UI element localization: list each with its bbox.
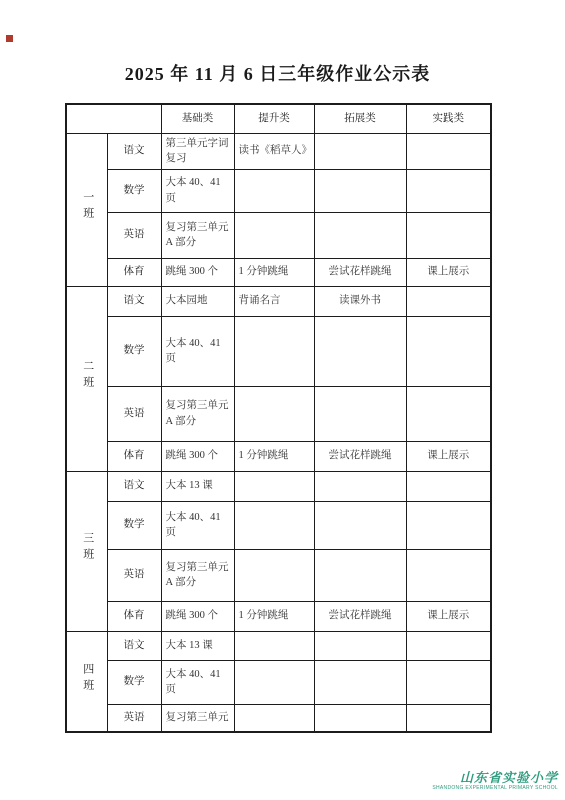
homework-cell <box>234 501 314 549</box>
homework-cell <box>234 386 314 441</box>
class-cell-2: 二班 <box>66 286 107 471</box>
homework-cell: 1 分钟跳绳 <box>234 258 314 286</box>
homework-cell <box>314 212 406 258</box>
column-header-basic: 基础类 <box>161 104 234 133</box>
homework-cell <box>234 631 314 660</box>
class-label: 三班 <box>79 532 95 564</box>
table-row: 英语 复习第三单元 <box>66 704 491 732</box>
homework-cell <box>314 471 406 501</box>
homework-cell <box>406 212 491 258</box>
table-row: 数学 大本 40、41 页 <box>66 169 491 212</box>
table-row: 一班 语文 第三单元字词复习 读书《稻草人》 <box>66 133 491 169</box>
class-cell-4: 四班 <box>66 631 107 732</box>
homework-cell <box>314 169 406 212</box>
subject-label: 语文 <box>107 631 161 660</box>
homework-cell: 跳绳 300 个 <box>161 258 234 286</box>
subject-label: 英语 <box>107 386 161 441</box>
class-label: 一班 <box>79 191 95 223</box>
homework-cell <box>234 549 314 601</box>
school-name-en: SHANDONG EXPERIMENTAL PRIMARY SCHOOL <box>432 786 558 792</box>
table-row: 四班 语文 大本 13 课 <box>66 631 491 660</box>
subject-label: 体育 <box>107 441 161 471</box>
homework-cell: 复习第三单元 A 部分 <box>161 386 234 441</box>
homework-cell <box>234 169 314 212</box>
homework-cell: 复习第三单元 <box>161 704 234 732</box>
homework-cell: 课上展示 <box>406 601 491 631</box>
table-row: 数学 大本 40、41 页 <box>66 316 491 386</box>
table-row: 体育 跳绳 300 个 1 分钟跳绳 尝试花样跳绳 课上展示 <box>66 258 491 286</box>
subject-label: 体育 <box>107 601 161 631</box>
subject-label: 数学 <box>107 660 161 704</box>
homework-cell <box>406 316 491 386</box>
homework-cell: 尝试花样跳绳 <box>314 441 406 471</box>
homework-cell <box>314 133 406 169</box>
table-row: 三班 语文 大本 13 课 <box>66 471 491 501</box>
homework-cell: 尝试花样跳绳 <box>314 601 406 631</box>
homework-cell: 大本 40、41 页 <box>161 169 234 212</box>
homework-cell <box>406 501 491 549</box>
table-row: 数学 大本 40、41 页 <box>66 501 491 549</box>
subject-label: 体育 <box>107 258 161 286</box>
homework-cell: 1 分钟跳绳 <box>234 601 314 631</box>
homework-cell <box>234 316 314 386</box>
homework-cell <box>314 549 406 601</box>
subject-label: 英语 <box>107 704 161 732</box>
homework-cell <box>234 704 314 732</box>
class-label: 四班 <box>79 663 95 695</box>
table-row: 体育 跳绳 300 个 1 分钟跳绳 尝试花样跳绳 课上展示 <box>66 601 491 631</box>
homework-cell <box>314 631 406 660</box>
homework-cell <box>406 660 491 704</box>
homework-cell <box>406 631 491 660</box>
homework-cell <box>314 704 406 732</box>
table-row: 体育 跳绳 300 个 1 分钟跳绳 尝试花样跳绳 课上展示 <box>66 441 491 471</box>
homework-cell: 跳绳 300 个 <box>161 601 234 631</box>
homework-cell <box>406 386 491 441</box>
homework-cell <box>406 133 491 169</box>
class-cell-3: 三班 <box>66 471 107 631</box>
red-page-marker <box>6 35 13 42</box>
column-header-practice: 实践类 <box>406 104 491 133</box>
subject-label: 数学 <box>107 501 161 549</box>
homework-cell: 大本园地 <box>161 286 234 316</box>
homework-cell: 读书《稻草人》 <box>234 133 314 169</box>
homework-cell <box>234 212 314 258</box>
homework-cell <box>314 386 406 441</box>
homework-cell: 尝试花样跳绳 <box>314 258 406 286</box>
homework-cell <box>406 471 491 501</box>
subject-label: 数学 <box>107 316 161 386</box>
subject-label: 数学 <box>107 169 161 212</box>
homework-cell: 背诵名言 <box>234 286 314 316</box>
homework-cell: 复习第三单元 A 部分 <box>161 212 234 258</box>
homework-cell <box>234 471 314 501</box>
homework-cell: 复习第三单元 A 部分 <box>161 549 234 601</box>
homework-cell: 读课外书 <box>314 286 406 316</box>
column-header-improve: 提升类 <box>234 104 314 133</box>
table-row: 英语 复习第三单元 A 部分 <box>66 212 491 258</box>
homework-cell: 跳绳 300 个 <box>161 441 234 471</box>
homework-cell <box>314 316 406 386</box>
subject-label: 语文 <box>107 286 161 316</box>
class-cell-1: 一班 <box>66 133 107 286</box>
homework-cell <box>234 660 314 704</box>
homework-cell: 第三单元字词复习 <box>161 133 234 169</box>
homework-cell <box>406 549 491 601</box>
page-title: 2025 年 11 月 6 日三年级作业公示表 <box>65 60 490 86</box>
subject-label: 英语 <box>107 549 161 601</box>
table-row: 英语 复习第三单元 A 部分 <box>66 386 491 441</box>
column-header-expand: 拓展类 <box>314 104 406 133</box>
homework-cell <box>406 286 491 316</box>
homework-cell: 课上展示 <box>406 258 491 286</box>
homework-cell <box>314 501 406 549</box>
homework-cell: 大本 40、41 页 <box>161 501 234 549</box>
subject-label: 英语 <box>107 212 161 258</box>
homework-table: 基础类 提升类 拓展类 实践类 一班 语文 第三单元字词复习 读书《稻草人》 数… <box>65 103 492 733</box>
subject-label: 语文 <box>107 471 161 501</box>
homework-cell: 1 分钟跳绳 <box>234 441 314 471</box>
table-row: 二班 语文 大本园地 背诵名言 读课外书 <box>66 286 491 316</box>
homework-cell <box>406 704 491 732</box>
subject-label: 语文 <box>107 133 161 169</box>
corner-cell <box>66 104 161 133</box>
homework-cell: 课上展示 <box>406 441 491 471</box>
homework-cell: 大本 40、41 页 <box>161 660 234 704</box>
homework-cell: 大本 13 课 <box>161 471 234 501</box>
homework-cell <box>314 660 406 704</box>
table-row: 数学 大本 40、41 页 <box>66 660 491 704</box>
table-header-row: 基础类 提升类 拓展类 实践类 <box>66 104 491 133</box>
school-logo: 山东省实验小学 SHANDONG EXPERIMENTAL PRIMARY SC… <box>432 771 558 791</box>
school-name-cn: 山东省实验小学 <box>432 771 558 785</box>
homework-cell <box>406 169 491 212</box>
homework-cell: 大本 40、41 页 <box>161 316 234 386</box>
table-row: 英语 复习第三单元 A 部分 <box>66 549 491 601</box>
class-label: 二班 <box>79 360 95 392</box>
homework-cell: 大本 13 课 <box>161 631 234 660</box>
